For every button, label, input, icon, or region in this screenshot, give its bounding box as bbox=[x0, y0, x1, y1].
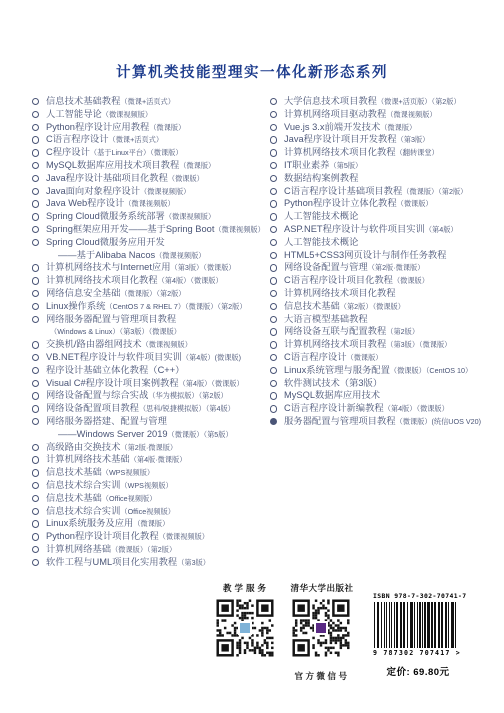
book-title-text: 信息技术基础 bbox=[284, 301, 340, 311]
book-title-text: MySQL数据库应用技术 bbox=[284, 390, 380, 400]
book-title-text: Linux操作系统 bbox=[46, 301, 105, 311]
book-edition-note: （第2版·微课版） bbox=[120, 443, 177, 452]
book-title-text: Java程序设计项目开发教程 bbox=[284, 134, 397, 144]
book-list-item: 计算机网络技术与Internet应用（第3版）（微课版） bbox=[31, 261, 266, 274]
book-list-item: MySQL数据库应用技术 bbox=[269, 389, 504, 402]
book-edition-note: （微课视频版） bbox=[214, 225, 264, 234]
bullet-circle-icon bbox=[32, 405, 39, 412]
book-edition-note: （微课版）(统信UOS V20) bbox=[396, 417, 481, 426]
bullet-circle-icon bbox=[270, 98, 277, 105]
book-title-text: 人工智能技术概论 bbox=[284, 237, 358, 247]
book-list-item: 计算机网络技术项目化教程（翻转课堂） bbox=[269, 146, 504, 159]
book-title-text: 计算机网络技术与Internet应用 bbox=[46, 262, 171, 272]
publisher-label: 清华大学出版社 bbox=[288, 582, 356, 594]
book-edition-note: （微课视频版） bbox=[140, 187, 190, 196]
isbn-number: ISBN 978-7-302-70741-7 bbox=[373, 592, 463, 600]
bullet-circle-icon bbox=[32, 444, 39, 451]
book-edition-note: （微课版） bbox=[168, 174, 204, 183]
book-edition-note: （Office视频版） bbox=[102, 494, 157, 503]
book-title-text: VB.NET程序设计与软件项目实训 bbox=[46, 352, 182, 362]
book-edition-note: （基于Linux平台）（微课版） bbox=[90, 148, 183, 157]
book-edition-note: （微课版） bbox=[393, 276, 429, 285]
book-edition-note: （第2版）（微课版） bbox=[340, 302, 405, 311]
book-title-text: Python程序设计应用教程 bbox=[46, 122, 149, 132]
book-title-text: 信息技术基础 bbox=[46, 493, 102, 503]
book-title-text: Vue.js 3.x前端开发技术 bbox=[284, 122, 380, 132]
book-edition-note: （华为模拟版）（第2版） bbox=[148, 391, 227, 400]
book-title-text: HTML5+CSS3网页设计与制作任务教程 bbox=[284, 250, 446, 260]
book-list-item: 人工智能技术概论 bbox=[269, 210, 504, 223]
teaching-service-label: 教学服务 bbox=[212, 582, 280, 594]
bullet-circle-icon bbox=[32, 341, 39, 348]
bullet-circle-icon bbox=[32, 520, 39, 527]
book-edition-note: （第4版）（微课版） bbox=[179, 379, 244, 388]
book-title-text: 网络服务器搭建、配置与管理 bbox=[46, 416, 167, 426]
book-title-text: 计算机网络技术基础 bbox=[46, 454, 130, 464]
book-title-text: 信息技术基础 bbox=[46, 467, 102, 477]
book-list-item: 人工智能技术概论 bbox=[269, 236, 504, 249]
book-title-text: C语言程序设计基础项目教程 bbox=[284, 186, 402, 196]
book-edition-note: （微课版） bbox=[149, 123, 185, 132]
teaching-service-qr-code-icon bbox=[214, 597, 276, 659]
book-list-item: 计算机网络技术基础（第4版·微课版） bbox=[31, 453, 266, 466]
book-title-text: 计算机网络基础 bbox=[46, 544, 111, 554]
book-title-text: 人工智能技术概论 bbox=[284, 211, 358, 221]
book-title-text: C语言程序设计 bbox=[284, 352, 347, 362]
book-edition-note: （第3版） bbox=[397, 135, 430, 144]
book-edition-note: （CentOS 7 & RHEL 7）（微课版）（第2版） bbox=[105, 302, 246, 311]
book-list-item: ASP.NET程序设计与软件项目实训（第4版） bbox=[269, 223, 504, 236]
book-list-item: 网络设备配置与管理（第2版·微课版） bbox=[269, 261, 504, 274]
book-edition-note: （微课版）（第5版） bbox=[168, 430, 233, 439]
bullet-circle-icon bbox=[270, 226, 277, 233]
bullet-circle-icon bbox=[270, 354, 277, 361]
ean-digits: 9 787302 707417 > bbox=[373, 649, 463, 657]
bullet-circle-icon bbox=[32, 380, 39, 387]
book-list-item: Python程序设计应用教程（微课版） bbox=[31, 121, 266, 134]
book-list-item: 计算机网络技术项目化教程 bbox=[269, 287, 504, 300]
book-list-item: C语言程序设计项目化教程（微课版） bbox=[269, 274, 504, 287]
book-edition-note: （微课视频版） bbox=[102, 110, 152, 119]
bullet-circle-icon bbox=[32, 290, 39, 297]
book-edition-note: （第3版）（微课版） bbox=[171, 263, 236, 272]
book-list-item: Vue.js 3.x前端开发技术（微课版） bbox=[269, 121, 504, 134]
bullet-circle-icon bbox=[32, 264, 39, 271]
book-title-text: C程序设计 bbox=[46, 147, 90, 157]
book-list-item: C程序设计（基于Linux平台）（微课版） bbox=[31, 146, 266, 159]
bullet-circle-icon bbox=[270, 405, 277, 412]
book-edition-note: （微课视频版） bbox=[142, 340, 192, 349]
book-title-text: MySQL数据库应用技术项目教程 bbox=[46, 160, 179, 170]
book-list-item: C语言程序设计（微课+活页式） bbox=[31, 133, 266, 146]
bullet-circle-icon bbox=[270, 264, 277, 271]
book-edition-note: （第2版·微课版） bbox=[368, 263, 425, 272]
bullet-circle-icon bbox=[270, 111, 277, 118]
book-title-text: Linux系统服务及应用 bbox=[46, 518, 133, 528]
book-list-item: 高级路由交换技术（第2版·微课版） bbox=[31, 441, 266, 454]
book-edition-note: （微课视频版） bbox=[124, 199, 174, 208]
bullet-circle-icon bbox=[32, 495, 39, 502]
bullet-circle-icon bbox=[32, 124, 39, 131]
book-list-item: HTML5+CSS3网页设计与制作任务教程 bbox=[269, 249, 504, 262]
book-edition-note: （微课版）（CentOS 10） bbox=[390, 366, 472, 375]
book-list-item: 交换机/路由器组网技术（微课视频版） bbox=[31, 338, 266, 351]
book-edition-note: （微课版） bbox=[380, 123, 416, 132]
bullet-circle-icon bbox=[32, 316, 39, 323]
bullet-circle-icon bbox=[270, 200, 277, 207]
book-list-item: 信息技术综合实训（WPS视频版） bbox=[31, 479, 266, 492]
book-title-text: 网络设备互联与配置教程 bbox=[284, 326, 386, 336]
book-list-item: Linux系统管理与服务配置（微课版）（CentOS 10） bbox=[269, 364, 504, 377]
bullet-circle-icon bbox=[270, 277, 277, 284]
book-title-text: 程序设计基础立体化教程（C++） bbox=[46, 365, 184, 375]
bullet-circle-icon bbox=[270, 316, 277, 323]
book-edition-note: （微课版） bbox=[347, 353, 383, 362]
book-list-item-continuation: ——基于Alibaba Nacos（微课视频版） bbox=[31, 249, 266, 262]
bullet-circle-icon bbox=[32, 469, 39, 476]
bullet-circle-icon bbox=[270, 367, 277, 374]
book-edition-note: （微课版） bbox=[397, 199, 433, 208]
bullet-circle-icon bbox=[270, 290, 277, 297]
book-list-item: Java程序设计项目开发教程（第3版） bbox=[269, 133, 504, 146]
book-list-item-continuation: （Windows & Linux）（第3版）（微课版） bbox=[31, 325, 266, 338]
book-title-text: 信息技术基础教程 bbox=[46, 96, 120, 106]
book-list-item: 网络设备互联与配置教程（第2版） bbox=[269, 325, 504, 338]
bullet-circle-icon bbox=[32, 546, 39, 553]
book-list-right-column: 大学信息技术项目教程（微课+活页版）（第2版）计算机网络项目驱动教程（微课视频版… bbox=[269, 95, 504, 428]
bullet-circle-icon bbox=[32, 418, 39, 425]
bullet-circle-icon bbox=[270, 162, 277, 169]
book-title-text: Spring框架应用开发——基于Spring Boot bbox=[46, 224, 214, 234]
bullet-circle-icon bbox=[270, 188, 277, 195]
bullet-circle-icon bbox=[32, 188, 39, 195]
bullet-circle-icon bbox=[32, 277, 39, 284]
bullet-circle-icon bbox=[32, 136, 39, 143]
bullet-circle-icon bbox=[32, 149, 39, 156]
book-list-item: 计算机网络项目驱动教程（微课视频版） bbox=[269, 108, 504, 121]
bullet-circle-icon bbox=[32, 482, 39, 489]
book-list-item: C语言程序设计基础项目教程（微课版）（第2版） bbox=[269, 185, 504, 198]
book-list-item: Python程序设计项目化教程（微课视频版） bbox=[31, 530, 266, 543]
book-list-item: 网络设备配置项目教程（思科/锐捷模拟版）（第4版） bbox=[31, 402, 266, 415]
book-list-item: VB.NET程序设计与软件项目实训（第4版）(微课版) bbox=[31, 351, 266, 364]
book-title-text: 计算机网络技术项目教程 bbox=[284, 339, 386, 349]
book-list-item: Linux操作系统（CentOS 7 & RHEL 7）（微课版）（第2版） bbox=[31, 300, 266, 313]
bullet-circle-icon bbox=[270, 328, 277, 335]
bullet-circle-icon bbox=[270, 136, 277, 143]
book-title-text: 软件工程与UML项目化实用教程 bbox=[46, 557, 177, 567]
book-list-item: 计算机网络基础（微课版）（第2版） bbox=[31, 543, 266, 556]
bullet-circle-icon bbox=[32, 559, 39, 566]
book-edition-note: （微课视频版） bbox=[386, 110, 436, 119]
book-title-text: 网络信息安全基础 bbox=[46, 288, 120, 298]
book-title-text: Java Web程序设计 bbox=[46, 198, 124, 208]
book-list-item: 服务器配置与管理项目教程（微课版）(统信UOS V20) bbox=[269, 415, 504, 428]
book-title-text: 计算机网络技术项目化教程 bbox=[284, 288, 396, 298]
book-list-item: Spring框架应用开发——基于Spring Boot（微课视频版） bbox=[31, 223, 266, 236]
book-title-text: 信息技术综合实训 bbox=[46, 506, 120, 516]
book-list-item: Visual C#程序设计项目案例教程（第4版）（微课版） bbox=[31, 377, 266, 390]
bullet-circle-icon bbox=[270, 303, 277, 310]
book-edition-note: （微课+活页式） bbox=[109, 135, 164, 144]
bullet-circle-icon bbox=[32, 175, 39, 182]
book-list-item: 信息技术基础教程（微课+活页式） bbox=[31, 95, 266, 108]
book-edition-note: （思科/锐捷模拟版）（第4版） bbox=[139, 404, 235, 413]
book-title-text: ——Windows Server 2019 bbox=[58, 429, 168, 439]
bullet-circle-icon bbox=[32, 354, 39, 361]
book-list-item: 网络信息安全基础（微课版）（第2版） bbox=[31, 287, 266, 300]
book-list-item: 信息技术基础（第2版）（微课版） bbox=[269, 300, 504, 313]
book-edition-note: （第4版） bbox=[425, 225, 458, 234]
book-title-text: Java面向对象程序设计 bbox=[46, 186, 140, 196]
bullet-circle-icon bbox=[32, 200, 39, 207]
series-title: 计算机类技能型理实一体化新形态系列 bbox=[0, 61, 504, 82]
book-title-text: 人工智能导论 bbox=[46, 109, 102, 119]
book-list-item: 信息技术综合实训（Office视频版） bbox=[31, 505, 266, 518]
book-edition-note: （微课视频版） bbox=[165, 212, 215, 221]
bullet-circle-icon bbox=[270, 239, 277, 246]
bullet-circle-icon bbox=[32, 239, 39, 246]
bullet-circle-icon bbox=[270, 252, 277, 259]
bullet-circle-icon bbox=[32, 392, 39, 399]
book-list-item: 网络设备配置与综合实战（华为模拟版）（第2版） bbox=[31, 389, 266, 402]
book-list-item: 网络服务器搭建、配置与管理 bbox=[31, 415, 266, 428]
book-title-text: Linux系统管理与服务配置 bbox=[284, 365, 390, 375]
book-list-item: Python程序设计立体化教程（微课版） bbox=[269, 197, 504, 210]
bullet-circle-icon bbox=[32, 213, 39, 220]
book-title-text: 大语言模型基础教程 bbox=[284, 314, 368, 324]
book-list-item: IT职业素养（第5版） bbox=[269, 159, 504, 172]
barcode-bars-icon bbox=[373, 602, 459, 648]
book-title-text: C语言程序设计 bbox=[46, 134, 109, 144]
book-title-text: 大学信息技术项目教程 bbox=[284, 96, 377, 106]
book-title-text: 软件测试技术（第3版） bbox=[284, 378, 382, 388]
book-list-item: Linux系统服务及应用（微课版） bbox=[31, 517, 266, 530]
book-title-text: Visual C#程序设计项目案例教程 bbox=[46, 378, 179, 388]
book-list-item: Spring Cloud微服务应用开发 bbox=[31, 236, 266, 249]
book-edition-note: （WPS视频版） bbox=[102, 468, 154, 477]
book-title-text: 数据结构案例教程 bbox=[284, 173, 358, 183]
wechat-official-label: 官方微信号 bbox=[288, 670, 356, 682]
book-title-text: 网络设备配置与管理 bbox=[284, 262, 368, 272]
book-title-text: Python程序设计立体化教程 bbox=[284, 198, 397, 208]
book-edition-note: （微课视频版） bbox=[159, 532, 209, 541]
book-title-text: 高级路由交换技术 bbox=[46, 442, 120, 452]
book-edition-note: （第3版）（微课版） bbox=[386, 340, 451, 349]
book-list-item: 大学信息技术项目教程（微课+活页版）（第2版） bbox=[269, 95, 504, 108]
bullet-circle-icon bbox=[270, 392, 277, 399]
book-title-text: IT职业素养 bbox=[284, 160, 329, 170]
bullet-circle-icon bbox=[32, 508, 39, 515]
bullet-circle-icon bbox=[270, 213, 277, 220]
book-title-text: Spring Cloud微服务系统部署 bbox=[46, 211, 165, 221]
book-list-item: 信息技术基础（Office视频版） bbox=[31, 492, 266, 505]
book-edition-note: （微课版） bbox=[179, 161, 215, 170]
book-title-text: Java程序设计基础项目化教程 bbox=[46, 173, 168, 183]
book-edition-note: （微课版）（第2版） bbox=[402, 187, 467, 196]
book-list-item: 网络服务器配置与管理项目教程 bbox=[31, 313, 266, 326]
book-edition-note: （微课+活页式） bbox=[120, 97, 175, 106]
book-edition-note: （Windows & Linux）（第3版）（微课版） bbox=[50, 327, 181, 336]
book-edition-note: （微课版）（第2版） bbox=[120, 289, 185, 298]
isbn-barcode: ISBN 978-7-302-70741-7 9 787302 707417 >… bbox=[373, 592, 463, 678]
book-edition-note: （翻转课堂） bbox=[396, 148, 439, 157]
book-list-item: Java面向对象程序设计（微课视频版） bbox=[31, 185, 266, 198]
bullet-circle-icon bbox=[32, 303, 39, 310]
book-list-item: 软件工程与UML项目化实用教程（第3版） bbox=[31, 556, 266, 569]
book-title-text: C语言程序设计项目化教程 bbox=[284, 275, 393, 285]
bullet-circle-icon bbox=[270, 149, 277, 156]
bullet-circle-icon bbox=[32, 456, 39, 463]
book-edition-note: （Office视频版） bbox=[120, 507, 175, 516]
book-list-item: Spring Cloud微服务系统部署（微课视频版） bbox=[31, 210, 266, 223]
book-title-text: 网络设备配置项目教程 bbox=[46, 403, 139, 413]
book-edition-note: （第5版） bbox=[329, 161, 362, 170]
bullet-circle-icon bbox=[32, 98, 39, 105]
book-list-item-continuation: ——Windows Server 2019（微课版）（第5版） bbox=[31, 428, 266, 441]
book-edition-note: （第4版）（微课版） bbox=[158, 276, 223, 285]
book-list-item: 计算机网络技术项目教程（第3版）（微课版） bbox=[269, 338, 504, 351]
book-title-text: ——基于Alibaba Nacos bbox=[58, 250, 155, 260]
book-list-item: 人工智能导论（微课视频版） bbox=[31, 108, 266, 121]
book-title-text: 信息技术综合实训 bbox=[46, 480, 120, 490]
book-list-item: MySQL数据库应用技术项目教程（微课版） bbox=[31, 159, 266, 172]
price-label: 定价: 69.80元 bbox=[373, 664, 463, 678]
book-edition-note: （第4版）（微课版） bbox=[384, 404, 449, 413]
book-title-text: C语言程序设计新编教程 bbox=[284, 403, 384, 413]
book-list-item: Java Web程序设计（微课视频版） bbox=[31, 197, 266, 210]
book-back-cover: 计算机类技能型理实一体化新形态系列 信息技术基础教程（微课+活页式）人工智能导论… bbox=[0, 0, 504, 713]
book-list-item: 大语言模型基础教程 bbox=[269, 313, 504, 326]
book-title-text: 服务器配置与管理项目教程 bbox=[284, 416, 396, 426]
book-list-item: 程序设计基础立体化教程（C++） bbox=[31, 364, 266, 377]
book-edition-note: （微课视频版） bbox=[155, 251, 205, 260]
book-title-text: 计算机网络技术项目化教程 bbox=[46, 275, 158, 285]
book-list-item: 软件测试技术（第3版） bbox=[269, 377, 504, 390]
book-list-item: Java程序设计基础项目化教程（微课版） bbox=[31, 172, 266, 185]
book-title-text: 计算机网络项目驱动教程 bbox=[284, 109, 386, 119]
bullet-filled-icon bbox=[270, 418, 277, 425]
bullet-circle-icon bbox=[32, 111, 39, 118]
book-title-text: ASP.NET程序设计与软件项目实训 bbox=[284, 224, 425, 234]
book-title-text: 计算机网络技术项目化教程 bbox=[284, 147, 396, 157]
book-edition-note: （第4版·微课版） bbox=[130, 455, 187, 464]
book-edition-note: （微课+活页版）（第2版） bbox=[377, 97, 461, 106]
bullet-circle-icon bbox=[270, 175, 277, 182]
bullet-circle-icon bbox=[32, 367, 39, 374]
book-list-left-column: 信息技术基础教程（微课+活页式）人工智能导论（微课视频版）Python程序设计应… bbox=[31, 95, 266, 568]
bullet-circle-icon bbox=[32, 162, 39, 169]
book-title-text: Python程序设计项目化教程 bbox=[46, 531, 159, 541]
bullet-circle-icon bbox=[32, 226, 39, 233]
book-edition-note: （微课版）（第2版） bbox=[111, 545, 176, 554]
book-edition-note: （第3版） bbox=[177, 558, 210, 567]
book-list-item: 信息技术基础（WPS视频版） bbox=[31, 466, 266, 479]
bullet-circle-icon bbox=[32, 533, 39, 540]
book-edition-note: （第4版）(微课版) bbox=[182, 353, 241, 362]
book-list-item: 数据结构案例教程 bbox=[269, 172, 504, 185]
book-list-item: 计算机网络技术项目化教程（第4版）（微课版） bbox=[31, 274, 266, 287]
wechat-official-qr-code-icon bbox=[290, 597, 352, 659]
bullet-circle-icon bbox=[270, 341, 277, 348]
book-title-text: 交换机/路由器组网技术 bbox=[46, 339, 142, 349]
book-title-text: 网络设备配置与综合实战 bbox=[46, 390, 148, 400]
book-title-text: Spring Cloud微服务应用开发 bbox=[46, 237, 165, 247]
book-edition-note: （微课版） bbox=[133, 519, 169, 528]
book-list-item: C语言程序设计新编教程（第4版）（微课版） bbox=[269, 402, 504, 415]
book-edition-note: （WPS视频版） bbox=[120, 481, 172, 490]
book-title-text: 网络服务器配置与管理项目教程 bbox=[46, 314, 176, 324]
book-edition-note: （第2版） bbox=[386, 327, 419, 336]
bullet-circle-icon bbox=[270, 124, 277, 131]
book-list-item: C语言程序设计（微课版） bbox=[269, 351, 504, 364]
bullet-circle-icon bbox=[270, 380, 277, 387]
